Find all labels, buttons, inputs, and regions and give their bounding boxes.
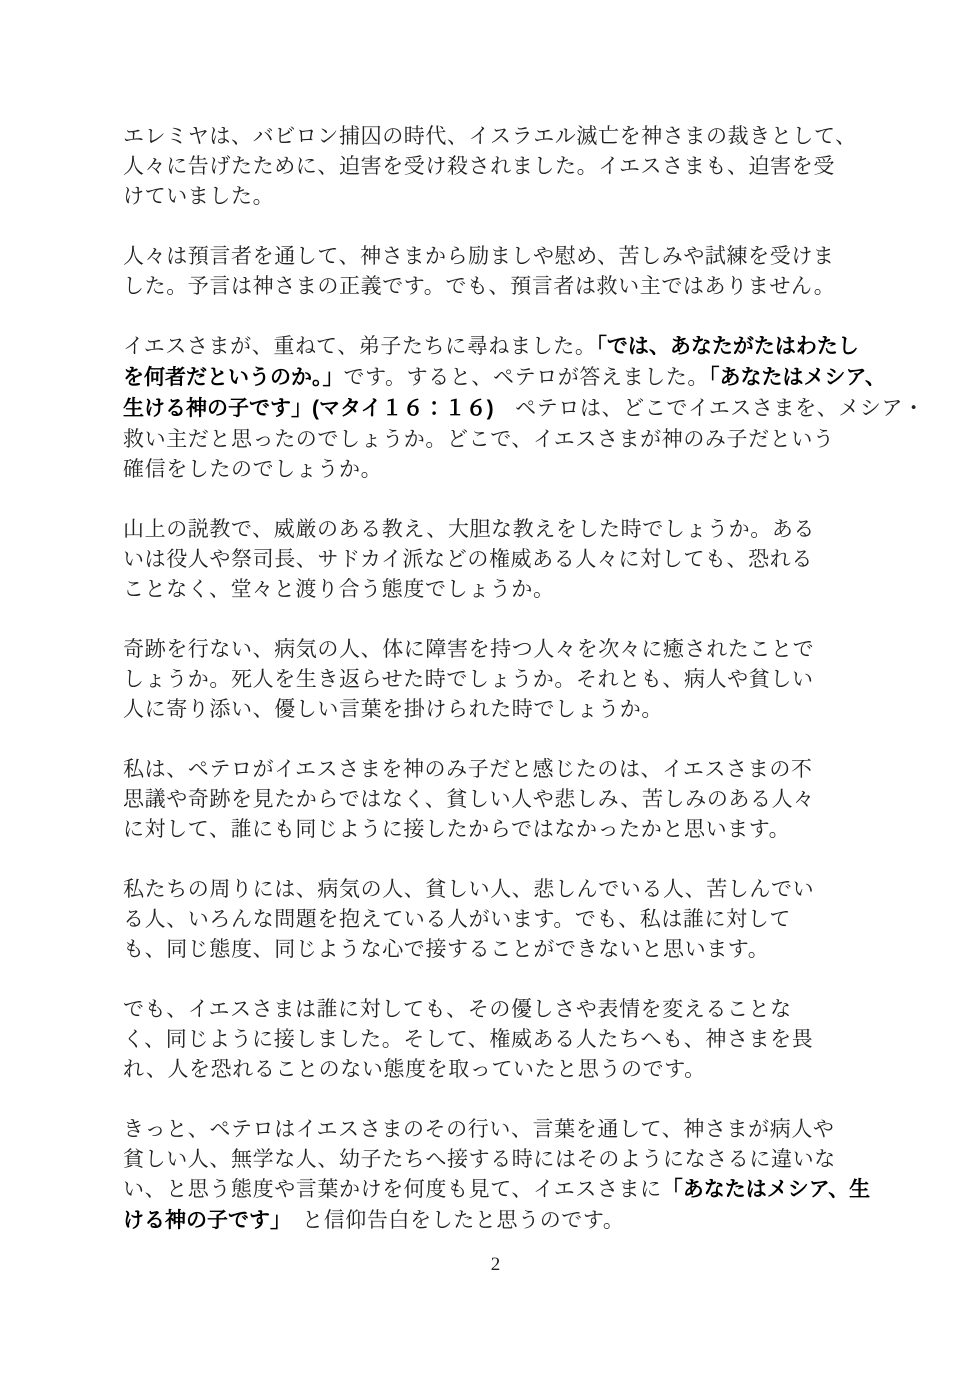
text-segment: 人々は預言者を通して、神さまから励ましや慰め、苦しみや試練を受けま xyxy=(123,244,835,268)
text-line: ける神の子です」 と信仰告白をしたと思うのです。 xyxy=(123,1205,868,1236)
text-segment: い、と思う態度や言葉かけを何度も見て、イエスさまに xyxy=(123,1177,662,1201)
emphasized-quote-segment: を何者だというのか。」 xyxy=(123,366,344,389)
text-line: 貧しい人、無学な人、幼子たちへ接する時にはそのようになさるに違いな xyxy=(123,1144,868,1174)
text-line: ことなく、堂々と渡り合う態度でしょうか。 xyxy=(123,574,868,604)
text-segment: 人に寄り添い、優しい言葉を掛けられた時でしょうか。 xyxy=(123,697,663,721)
paragraph: 奇跡を行ない、病気の人、体に障害を持つ人々を次々に癒されたことでしょうか。死人を… xyxy=(123,634,868,724)
text-segment: ことなく、堂々と渡り合う態度でしょうか。 xyxy=(123,577,555,601)
text-line: を何者だというのか。」です。すると、ペテロが答えました。「あなたはメシア、 xyxy=(123,362,868,393)
text-line: 確信をしたのでしょうか。 xyxy=(123,454,868,484)
text-segment: でも、イエスさまは誰に対しても、その優しさや表情を変えることな xyxy=(123,997,792,1021)
text-segment: しょうか。死人を生き返らせた時でしょうか。それとも、病人や貧しい xyxy=(123,667,814,691)
text-segment: る人、いろんな問題を抱えている人がいます。でも、私は誰に対して xyxy=(123,907,791,931)
page-number: 2 xyxy=(123,1252,868,1278)
text-line: く、同じように接しました。そして、権威ある人たちへも、神さまを畏 xyxy=(123,1024,868,1054)
text-line: 人に寄り添い、優しい言葉を掛けられた時でしょうか。 xyxy=(123,694,868,724)
document-body: エレミヤは、バビロン捕囚の時代、イスラエル滅亡を神さまの裁きとして、人々に告げた… xyxy=(123,121,868,1266)
text-segment: 私は、ペテロがイエスさまを神のみ子だと感じたのは、イエスさまの不 xyxy=(123,757,813,781)
text-segment: 思議や奇跡を見たからではなく、貧しい人や悲しみ、苦しみのある人々 xyxy=(123,787,815,811)
document-page: エレミヤは、バビロン捕囚の時代、イスラエル滅亡を神さまの裁きとして、人々に告げた… xyxy=(0,0,980,1385)
text-segment: 貧しい人、無学な人、幼子たちへ接する時にはそのようになさるに違いな xyxy=(123,1147,836,1171)
emphasized-quote-segment: 「では、あなたがたはわたし xyxy=(596,335,859,358)
text-line: 救い主だと思ったのでしょうか。どこで、イエスさまが神のみ子だという xyxy=(123,424,868,454)
emphasized-quote-segment: 「あなたはメシア、 xyxy=(709,366,886,389)
text-line: いは役人や祭司長、サドカイ派などの権威ある人々に対しても、恐れる xyxy=(123,544,868,574)
paragraph: 私たちの周りには、病気の人、貧しい人、悲しんでいる人、苦しんでいる人、いろんな問… xyxy=(123,874,868,964)
paragraph: 人々は預言者を通して、神さまから励ましや慰め、苦しみや試練を受けました。予言は神… xyxy=(123,241,868,301)
text-segment: 確信をしたのでしょうか。 xyxy=(123,457,382,481)
text-segment: です。すると、ペテロが答えました。 xyxy=(344,365,710,389)
text-line: した。予言は神さまの正義です。でも、預言者は救い主ではありません。 xyxy=(123,271,868,301)
text-segment: けていました。 xyxy=(123,184,274,208)
text-segment: きっと、ペテロはイエスさまのその行い、言葉を通して、神さまが病人や xyxy=(123,1117,835,1141)
text-line: 人々は預言者を通して、神さまから励ましや慰め、苦しみや試練を受けま xyxy=(123,241,868,271)
text-line: 私たちの周りには、病気の人、貧しい人、悲しんでいる人、苦しんでい xyxy=(123,874,868,904)
text-line: しょうか。死人を生き返らせた時でしょうか。それとも、病人や貧しい xyxy=(123,664,868,694)
paragraph: 山上の説教で、威厳のある教え、大胆な教えをした時でしょうか。あるいは役人や祭司長… xyxy=(123,514,868,604)
text-segment: 人々に告げたために、迫害を受け殺されました。イエスさまも、迫害を受 xyxy=(123,154,835,178)
text-segment: ペテロは、どこでイエスさまを、メシア・ xyxy=(494,396,925,420)
text-segment: に対して、誰にも同じように接したからではなかったかと思います。 xyxy=(123,817,790,841)
text-line: れ、人を恐れることのない態度を取っていたと思うのです。 xyxy=(123,1054,868,1084)
emphasized-quote-segment: ける神の子です」 xyxy=(123,1209,281,1232)
text-line: 人々に告げたために、迫害を受け殺されました。イエスさまも、迫害を受 xyxy=(123,151,868,181)
text-segment: 救い主だと思ったのでしょうか。どこで、イエスさまが神のみ子だという xyxy=(123,427,835,451)
text-line: に対して、誰にも同じように接したからではなかったかと思います。 xyxy=(123,814,868,844)
text-segment: エレミヤは、バビロン捕囚の時代、イスラエル滅亡を神さまの裁きとして、 xyxy=(123,124,857,148)
text-line: エレミヤは、バビロン捕囚の時代、イスラエル滅亡を神さまの裁きとして、 xyxy=(123,121,868,151)
text-segment: 私たちの周りには、病気の人、貧しい人、悲しんでいる人、苦しんでい xyxy=(123,877,814,901)
text-segment: れ、人を恐れることのない態度を取っていたと思うのです。 xyxy=(123,1057,706,1081)
text-segment: 奇跡を行ない、病気の人、体に障害を持つ人々を次々に癒されたことで xyxy=(123,637,814,661)
text-segment: した。予言は神さまの正義です。でも、預言者は救い主ではありません。 xyxy=(123,274,835,298)
text-line: でも、イエスさまは誰に対しても、その優しさや表情を変えることな xyxy=(123,994,868,1024)
text-segment: いは役人や祭司長、サドカイ派などの権威ある人々に対しても、恐れる xyxy=(123,547,813,571)
text-line: けていました。 xyxy=(123,181,868,211)
text-line: も、同じ態度、同じような心で接することができないと思います。 xyxy=(123,934,868,964)
emphasized-quote-segment: 生ける神の子です」(マタイ１６：１６) xyxy=(123,397,494,420)
text-segment: と信仰告白をしたと思うのです。 xyxy=(281,1208,625,1232)
text-line: 山上の説教で、威厳のある教え、大胆な教えをした時でしょうか。ある xyxy=(123,514,868,544)
emphasized-quote-segment: 「あなたはメシア、生 xyxy=(662,1178,870,1201)
text-line: 私は、ペテロがイエスさまを神のみ子だと感じたのは、イエスさまの不 xyxy=(123,754,868,784)
text-segment: も、同じ態度、同じような心で接することができないと思います。 xyxy=(123,937,769,961)
text-line: る人、いろんな問題を抱えている人がいます。でも、私は誰に対して xyxy=(123,904,868,934)
text-line: 奇跡を行ない、病気の人、体に障害を持つ人々を次々に癒されたことで xyxy=(123,634,868,664)
text-line: 思議や奇跡を見たからではなく、貧しい人や悲しみ、苦しみのある人々 xyxy=(123,784,868,814)
text-segment: 山上の説教で、威厳のある教え、大胆な教えをした時でしょうか。ある xyxy=(123,517,815,541)
text-line: い、と思う態度や言葉かけを何度も見て、イエスさまに「あなたはメシア、生 xyxy=(123,1174,868,1205)
text-line: イエスさまが、重ねて、弟子たちに尋ねました。「では、あなたがたはわたし xyxy=(123,331,868,362)
paragraph: でも、イエスさまは誰に対しても、その優しさや表情を変えることなく、同じように接し… xyxy=(123,994,868,1084)
paragraph: きっと、ペテロはイエスさまのその行い、言葉を通して、神さまが病人や貧しい人、無学… xyxy=(123,1114,868,1236)
text-line: 生ける神の子です」(マタイ１６：１６) ペテロは、どこでイエスさまを、メシア・ xyxy=(123,393,868,424)
paragraph: イエスさまが、重ねて、弟子たちに尋ねました。「では、あなたがたはわたしを何者だと… xyxy=(123,331,868,484)
text-segment: く、同じように接しました。そして、権威ある人たちへも、神さまを畏 xyxy=(123,1027,813,1051)
text-line: きっと、ペテロはイエスさまのその行い、言葉を通して、神さまが病人や xyxy=(123,1114,868,1144)
paragraph: エレミヤは、バビロン捕囚の時代、イスラエル滅亡を神さまの裁きとして、人々に告げた… xyxy=(123,121,868,211)
paragraph: 私は、ペテロがイエスさまを神のみ子だと感じたのは、イエスさまの不思議や奇跡を見た… xyxy=(123,754,868,844)
text-segment: イエスさまが、重ねて、弟子たちに尋ねました。 xyxy=(123,334,596,358)
